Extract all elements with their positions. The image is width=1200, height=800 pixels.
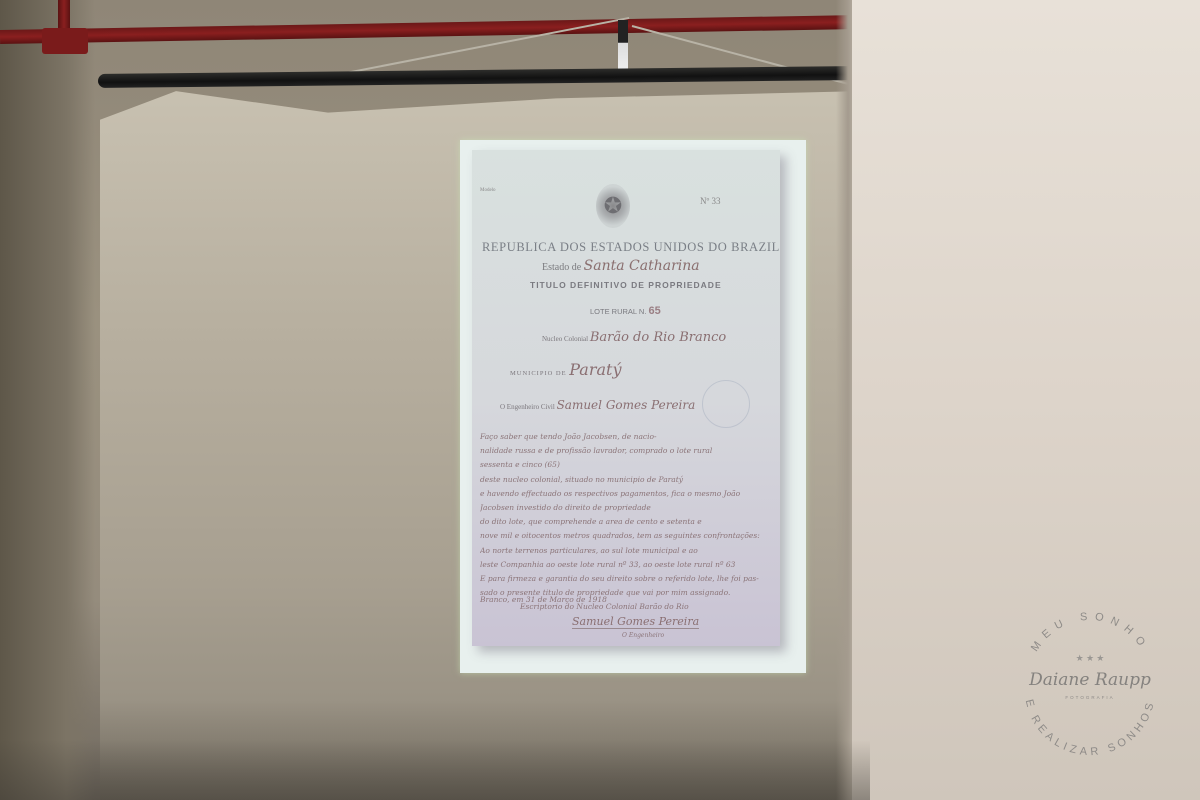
faded-stamp [702,380,750,428]
lote-label: LOTE RURAL N. [590,307,646,316]
engenheiro-line: O Engenheiro Civil Samuel Gomes Pereira [500,398,695,412]
body-line: Ao norte terrenos particulares, ao sul l… [480,544,772,558]
photo-scene: Modelo ✪ Nº 33 REPUBLICA DOS ESTADOS UNI… [0,0,1200,800]
wall-shadow [0,0,95,800]
watermark-name: Daiane Raupp [1028,670,1151,690]
document-body: Faço saber que tendo João Jacobsen, de n… [480,430,772,615]
watermark-subtitle: FOTOGRAFIA [1065,695,1114,700]
estado-value: Santa Catharina [584,258,700,274]
body-line: Faço saber que tendo João Jacobsen, de n… [480,430,772,444]
pipe-joint [42,28,88,54]
body-line: nalidade russa e de profissão lavrador, … [480,444,772,458]
municipio-line: MUNICIPIO DE Paratý [510,360,621,379]
signature: Samuel Gomes Pereira [572,615,699,629]
svg-text:E REALIZAR SONHOS: E REALIZAR SONHOS [1023,698,1158,758]
document-number: Nº 33 [700,196,721,206]
lote-value: 65 [649,305,661,317]
body-line: nove mil e oitocentos metros quadrados, … [480,529,772,543]
svg-text:MEU SONHO: MEU SONHO [1029,611,1151,654]
body-line: e havendo effectuado os respectivos paga… [480,487,772,501]
document-title: TITULO DEFINITIVO DE PROPRIEDADE [530,280,722,290]
municipio-label: MUNICIPIO DE [510,370,567,377]
watermark-logo-icon: MEU SONHO ★ ★ ★ Daiane Raupp FOTOGRAFIA … [1005,595,1175,765]
watermark-bottom-text: E REALIZAR SONHOS [1023,698,1158,758]
body-line: leste Companhia ao oeste lote rural nº 3… [480,558,772,572]
estado-label: Estado de [542,262,581,273]
body-line: Jacobsen investido do direito de proprie… [480,501,772,515]
body-line: E para firmeza e garantia do seu direito… [480,572,772,586]
nucleo-line: Nucleo Colonial Barão do Rio Branco [542,330,726,345]
historical-document: Modelo ✪ Nº 33 REPUBLICA DOS ESTADOS UNI… [472,150,780,646]
lote-line: LOTE RURAL N. 65 [590,305,661,317]
nucleo-label: Nucleo Colonial [542,335,588,343]
body-line: sessenta e cinco (65) [480,458,772,472]
screen-bracket [618,20,628,70]
floor-shadow [0,740,870,800]
municipio-value: Paratý [569,360,621,379]
engenheiro-value: Samuel Gomes Pereira [557,398,696,412]
coat-of-arms-icon: ✪ [596,184,630,228]
photographer-watermark: MEU SONHO ★ ★ ★ Daiane Raupp FOTOGRAFIA … [1005,595,1175,765]
body-line: deste nucleo colonial, situado no munici… [480,473,772,487]
signature-role: O Engenheiro [622,632,664,639]
estado-line: Estado de Santa Catharina [542,258,700,274]
watermark-stars: ★ ★ ★ [1076,653,1105,663]
watermark-top-text: MEU SONHO [1029,611,1151,654]
date-line: Branco, em 31 de Março de 1918 [480,595,607,604]
engenheiro-label: O Engenheiro Civil [500,403,555,411]
document-header: REPUBLICA DOS ESTADOS UNIDOS DO BRAZIL [482,240,772,255]
body-line: do dito lote, que comprehende a area de … [480,515,772,529]
nucleo-value: Barão do Rio Branco [590,330,726,345]
document-corner-mark: Modelo [480,188,496,193]
